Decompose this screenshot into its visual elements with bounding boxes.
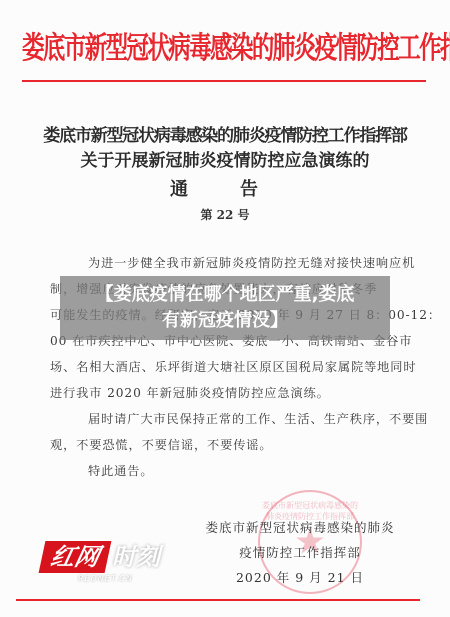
- body-line: 届时请广大市民保持正常的工作、生活、生产秩序，不要围: [60, 406, 390, 432]
- body-line: 特此通告。: [60, 458, 390, 484]
- body-line: 为进一步健全我市新冠肺炎疫情防控无缝对接快速响应机: [60, 250, 390, 276]
- rednet-watermark-logo: 红网 时刻 REDNET.CN: [42, 541, 192, 581]
- letterhead-rule: [22, 80, 426, 82]
- notice-title-line2: 关于开展新冠肺炎疫情防控应急演练的: [0, 146, 450, 171]
- document-number: 第 22 号: [0, 206, 450, 223]
- logo-subtext: REDNET.CN: [78, 574, 188, 583]
- headline-overlay-banner: 【娄底疫情在哪个地区严重,娄底 有新冠疫情没】: [60, 276, 390, 340]
- notice-title-line1: 娄底市新型冠状病毒感染的肺炎疫情防控工作指挥部: [0, 121, 450, 146]
- overlay-line2: 有新冠疫情没】: [60, 308, 390, 334]
- body-line: 进行我市 2020 年新冠肺炎疫情防控应急演练。: [50, 380, 390, 406]
- overlay-line1: 【娄底疫情在哪个地区严重,娄底: [60, 282, 390, 308]
- body-line: 场、名相大酒店、乐坪街道大塘社区原区国税局家属院等地同时: [50, 354, 390, 380]
- body-line: 观，不要恐慌，不要信谣，不要传谣。: [50, 432, 390, 458]
- signature-org-line1: 娄底市新型冠状病毒感染的肺炎: [200, 518, 400, 536]
- logo-red-block: 红网: [39, 541, 112, 573]
- document-page: 娄底市新型冠状病毒感染的肺炎疫情防控工作指挥部 娄底市新型冠状病毒感染的肺炎疫情…: [0, 0, 450, 617]
- signature-org-line2: 疫情防控工作指挥部: [200, 543, 400, 561]
- logo-white-text: 时刻: [112, 541, 192, 573]
- notice-title-line3: 通告: [0, 175, 450, 201]
- footer-rule: [16, 599, 420, 601]
- red-letterhead-title: 娄底市新型冠状病毒感染的肺炎疫情防控工作指挥部: [22, 24, 422, 67]
- signature-date: 2020 年 9 月 21 日: [200, 568, 400, 586]
